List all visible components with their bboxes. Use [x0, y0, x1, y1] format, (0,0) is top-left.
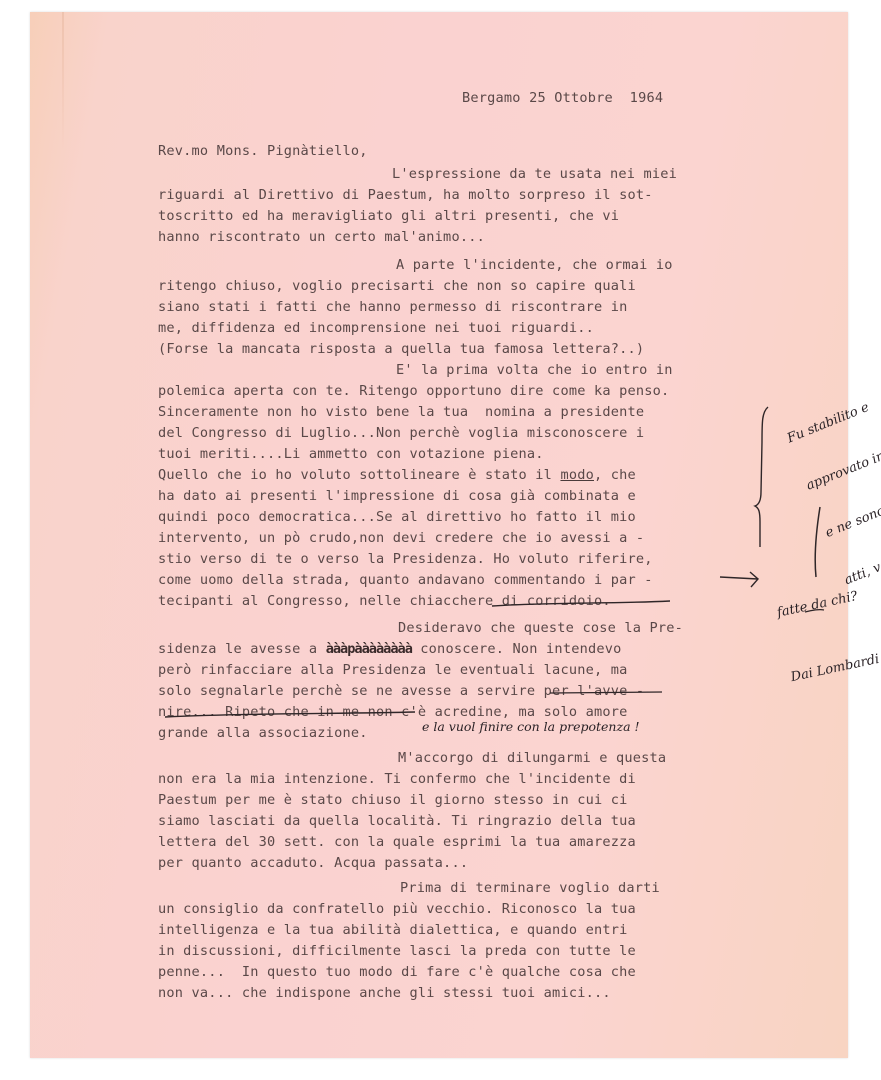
inline-note: e la vuol finire con la prepotenza !: [422, 719, 640, 734]
arrow-note-line: Dai Lombardi !: [789, 647, 881, 689]
arrow-icon: [30, 12, 848, 1058]
letter-page: Bergamo 25 Ottobre 1964 Rev.mo Mons. Pig…: [30, 12, 848, 1058]
arrow-note-line: fatte da chi?: [775, 582, 877, 624]
